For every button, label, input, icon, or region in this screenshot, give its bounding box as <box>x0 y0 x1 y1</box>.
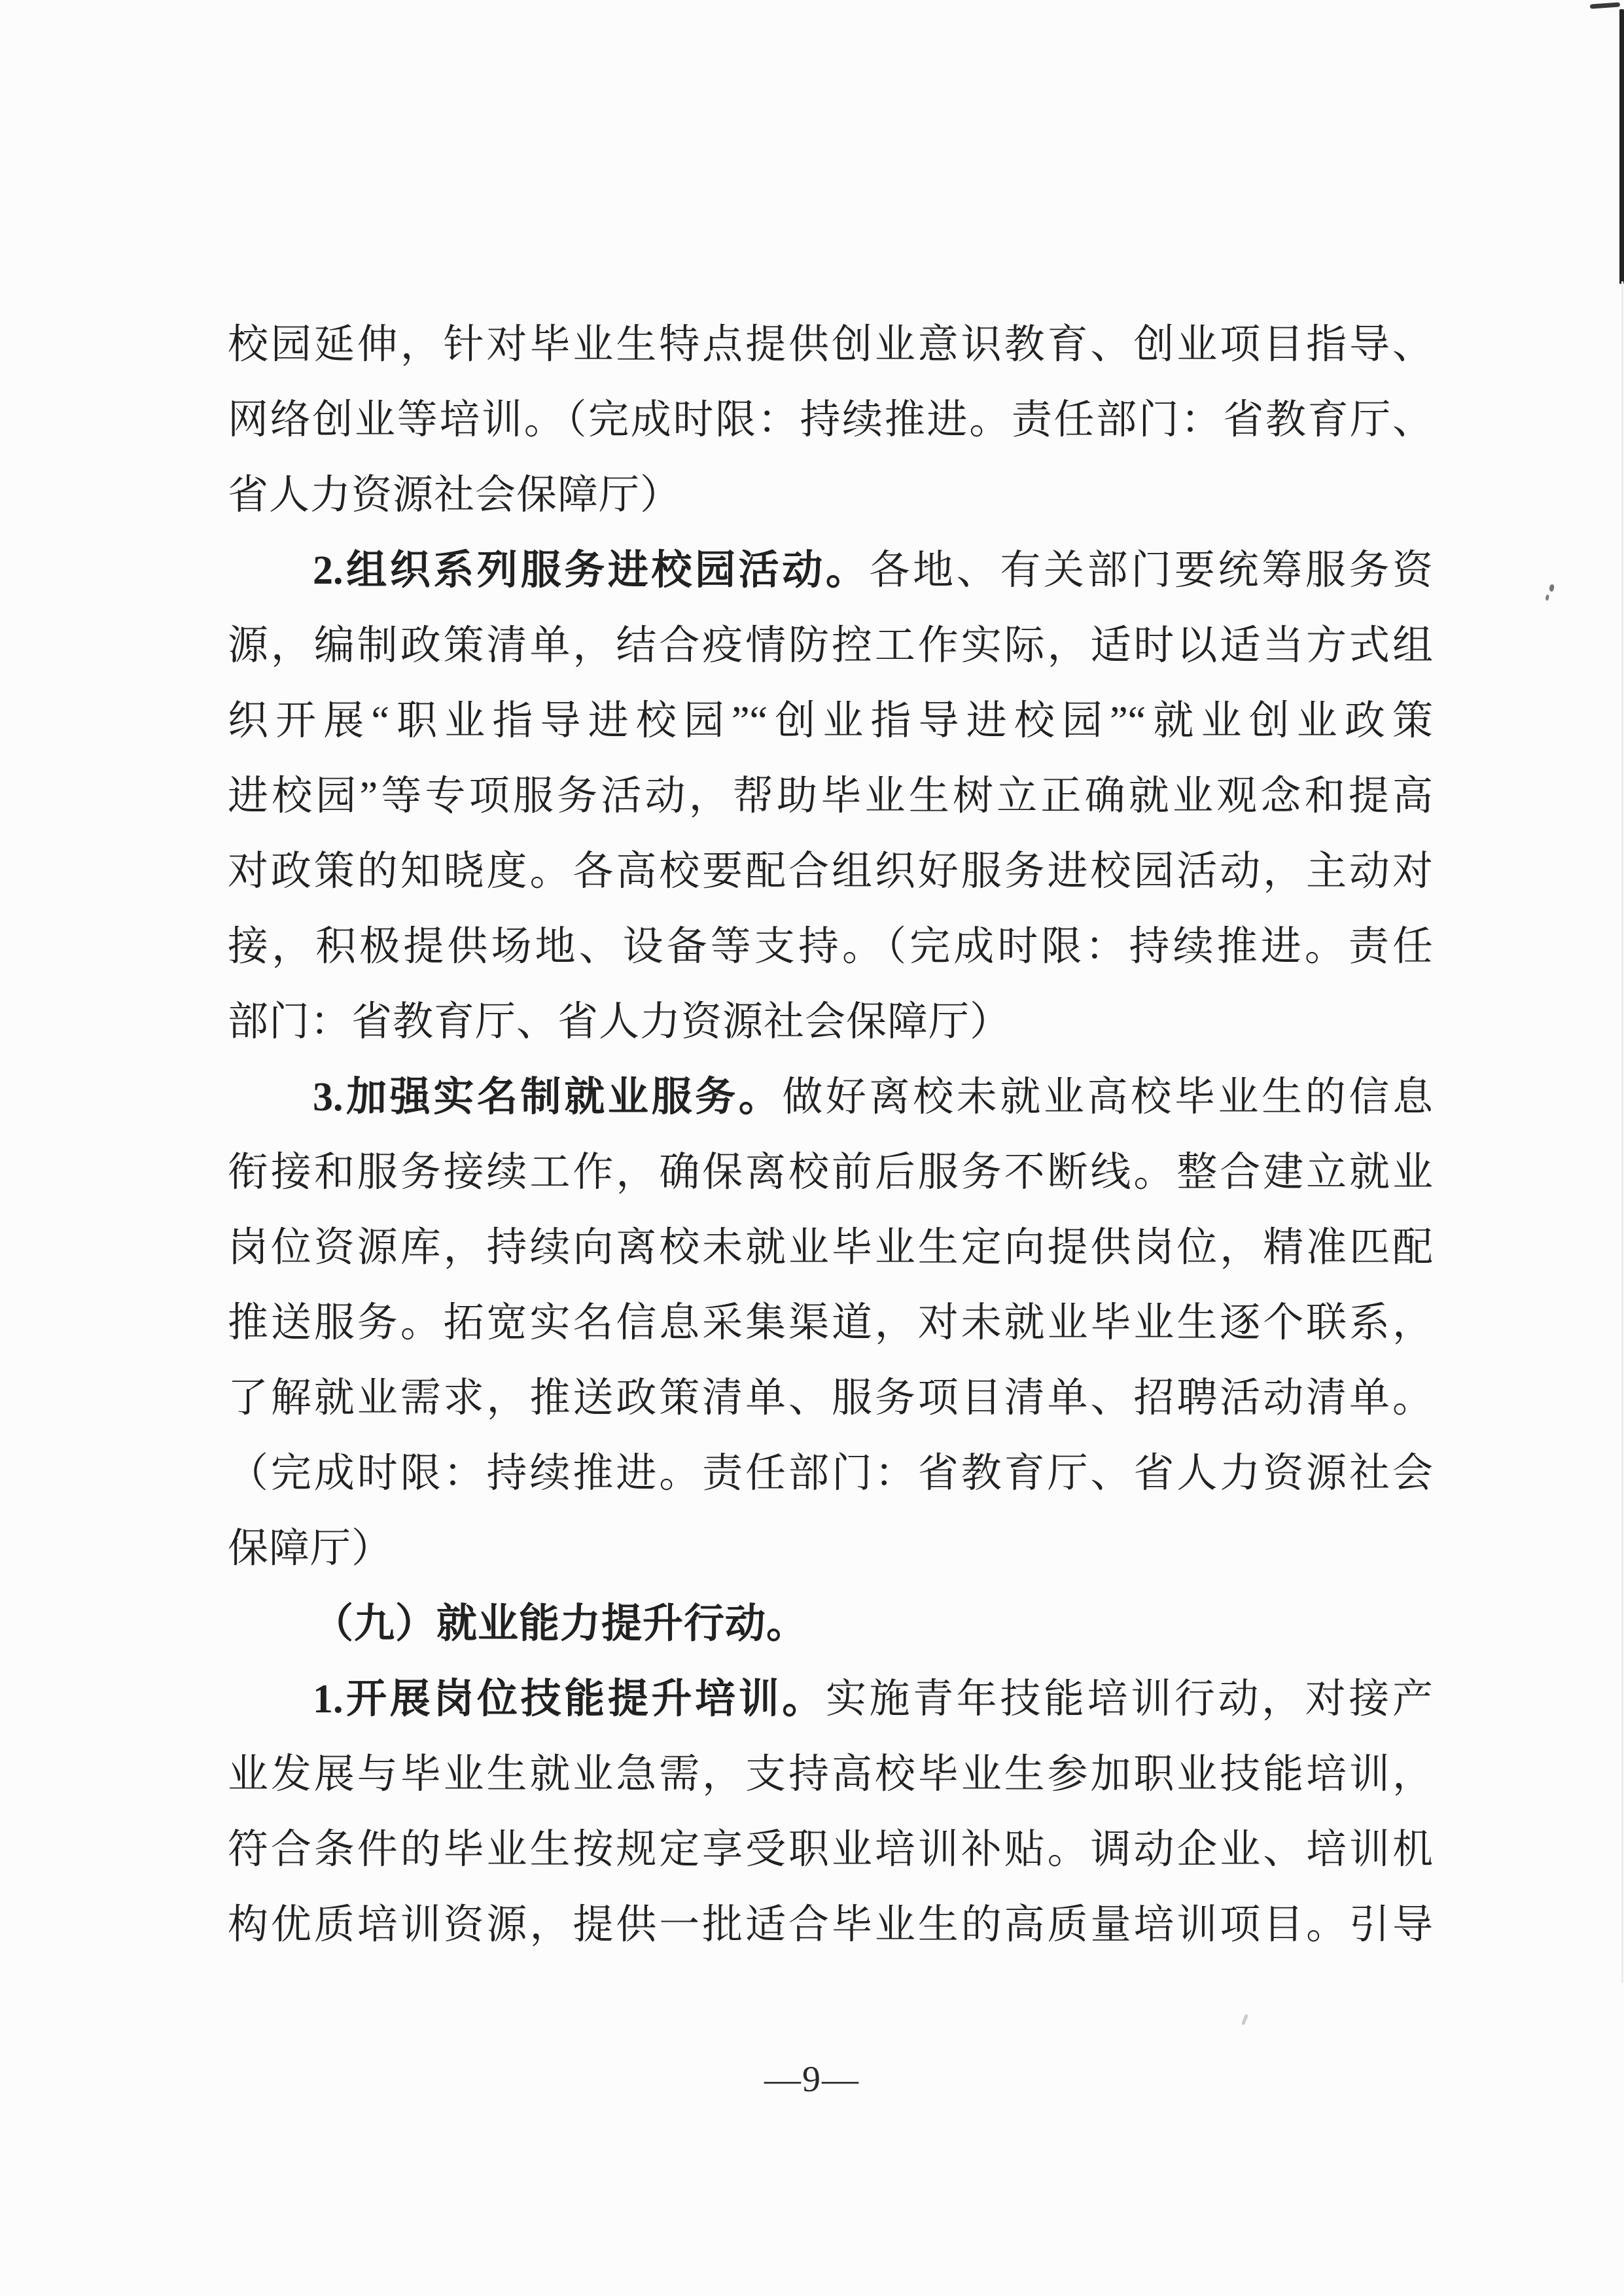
text-line: 部门：省教育厅、省人力资源社会保障厅） <box>228 985 1433 1060</box>
text-line: 织开展“职业指导进校园”“创业指导进校园”“就业创业政策 <box>228 684 1433 759</box>
text-run: 接，积极提供场地、设备等支持。（完成时限：持续推进。责任 <box>228 925 1433 969</box>
page-number: —9— <box>0 2053 1624 2106</box>
text-line: 了解就业需求，推送政策清单、服务项目清单、招聘活动清单。 <box>228 1361 1433 1436</box>
text-line: 省人力资源社会保障厅） <box>228 458 1433 533</box>
text-line: 构优质培训资源，提供一批适合毕业生的高质量培训项目。引导 <box>228 1888 1433 1963</box>
text-line-paragraph-start: 2.组织系列服务进校园活动。各地、有关部门要统筹服务资 <box>228 533 1433 609</box>
text-run: 部门：省教育厅、省人力资源社会保障厅） <box>228 1000 1011 1044</box>
text-run: 网络创业等培训。（完成时限：持续推进。责任部门：省教育厅、 <box>228 398 1433 442</box>
text-run: 业发展与毕业生就业急需，支持高校毕业生参加职业技能培训， <box>228 1752 1433 1797</box>
text-run: 进校园”等专项服务活动，帮助毕业生树立正确就业观念和提高 <box>228 774 1433 819</box>
text-run: 保障厅） <box>228 1527 393 1571</box>
bold-run: （九）就业能力提升行动。 <box>313 1602 807 1646</box>
text-run: 推送服务。拓宽实名信息采集渠道，对未就业毕业生逐个联系， <box>228 1301 1433 1345</box>
text-run: （完成时限：持续推进。责任部门：省教育厅、省人力资源社会 <box>228 1451 1433 1496</box>
text-run: 织开展“职业指导进校园”“创业指导进校园”“就业创业政策 <box>228 699 1433 743</box>
text-line: 进校园”等专项服务活动，帮助毕业生树立正确就业观念和提高 <box>228 759 1433 834</box>
text-line: 推送服务。拓宽实名信息采集渠道，对未就业毕业生逐个联系， <box>228 1286 1433 1361</box>
ink-speck <box>1549 584 1555 592</box>
text-run: 源，编制政策清单，结合疫情防控工作实际，适时以适当方式组 <box>228 624 1433 668</box>
text-run: 实施青年技能培训行动，对接产 <box>826 1677 1433 1722</box>
ink-speck <box>1241 2014 1248 2026</box>
text-run: 构优质培训资源，提供一批适合毕业生的高质量培训项目。引导 <box>228 1903 1433 1947</box>
section-heading: （九）就业能力提升行动。 <box>228 1587 1433 1662</box>
scan-edge-artifact <box>1619 9 1624 284</box>
text-run: 了解就业需求，推送政策清单、服务项目清单、招聘活动清单。 <box>228 1376 1433 1421</box>
text-line: 源，编制政策清单，结合疫情防控工作实际，适时以适当方式组 <box>228 609 1433 684</box>
text-line: 对政策的知晓度。各高校要配合组织好服务进校园活动，主动对 <box>228 834 1433 910</box>
text-line: 保障厅） <box>228 1511 1433 1587</box>
text-run: 岗位资源库，持续向离校未就业毕业生定向提供岗位，精准匹配 <box>228 1226 1433 1270</box>
bold-run: 1.开展岗位技能提升培训。 <box>313 1677 826 1722</box>
text-line: 网络创业等培训。（完成时限：持续推进。责任部门：省教育厅、 <box>228 383 1433 458</box>
text-line: （完成时限：持续推进。责任部门：省教育厅、省人力资源社会 <box>228 1436 1433 1511</box>
text-run: 校园延伸，针对毕业生特点提供创业意识教育、创业项目指导、 <box>228 323 1433 367</box>
text-run: 对政策的知晓度。各高校要配合组织好服务进校园活动，主动对 <box>228 849 1433 894</box>
text-line: 符合条件的毕业生按规定享受职业培训补贴。调动企业、培训机 <box>228 1812 1433 1888</box>
text-run: 做好离校未就业高校毕业生的信息 <box>782 1075 1433 1120</box>
bold-run: 2.组织系列服务进校园活动。 <box>313 548 870 593</box>
text-line: 业发展与毕业生就业急需，支持高校毕业生参加职业技能培训， <box>228 1737 1433 1812</box>
text-line: 岗位资源库，持续向离校未就业毕业生定向提供岗位，精准匹配 <box>228 1210 1433 1286</box>
bold-run: 3.加强实名制就业服务。 <box>313 1075 782 1120</box>
text-line-paragraph-start: 3.加强实名制就业服务。做好离校未就业高校毕业生的信息 <box>228 1060 1433 1135</box>
text-line: 接，积极提供场地、设备等支持。（完成时限：持续推进。责任 <box>228 910 1433 985</box>
text-run: 符合条件的毕业生按规定享受职业培训补贴。调动企业、培训机 <box>228 1828 1433 1872</box>
corner-dash-artifact <box>1590 2 1620 9</box>
document-page: 校园延伸，针对毕业生特点提供创业意识教育、创业项目指导、 网络创业等培训。（完成… <box>0 0 1624 2296</box>
text-line-paragraph-start: 1.开展岗位技能提升培训。实施青年技能培训行动，对接产 <box>228 1662 1433 1737</box>
text-line: 校园延伸，针对毕业生特点提供创业意识教育、创业项目指导、 <box>228 308 1433 383</box>
text-line: 衔接和服务接续工作，确保离校前后服务不断线。整合建立就业 <box>228 1135 1433 1210</box>
text-run: 各地、有关部门要统筹服务资 <box>870 548 1433 593</box>
text-run: 衔接和服务接续工作，确保离校前后服务不断线。整合建立就业 <box>228 1150 1433 1195</box>
scan-edge-faint-artifact <box>1621 281 1623 1983</box>
text-run: 省人力资源社会保障厅） <box>228 473 681 518</box>
document-body: 校园延伸，针对毕业生特点提供创业意识教育、创业项目指导、 网络创业等培训。（完成… <box>228 308 1433 1963</box>
